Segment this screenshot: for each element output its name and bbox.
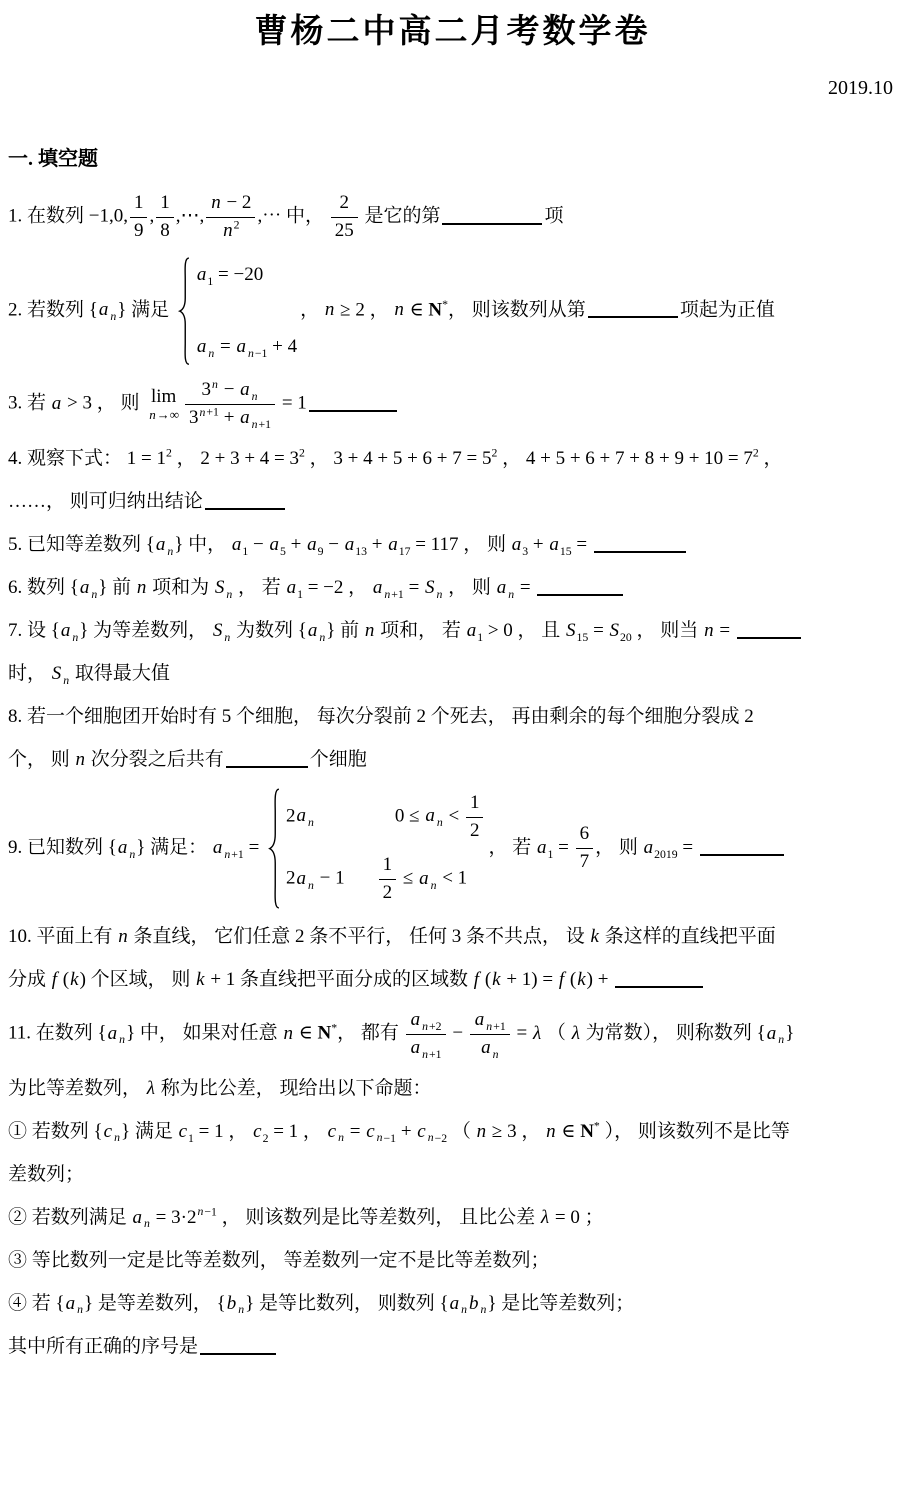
question-line: ① 若数列 {cn} 满足 c1 = 1 ， c2 = 1 ， cn = cn−… <box>8 1117 897 1147</box>
question-11-prop-2: ② 若数列满足 an = 3·2n−1 ， 则该数列是比等差数列， 且比公差 λ… <box>8 1203 897 1233</box>
answer-blank <box>226 750 308 768</box>
answer-blank <box>200 1337 276 1355</box>
limit: limn→∞ <box>148 387 179 422</box>
question-2: 2. 若数列 {an} 满足 a1 = −20an = an−1 + 4， n … <box>8 257 897 365</box>
left-brace-icon <box>267 788 280 909</box>
answer-blank <box>588 300 678 318</box>
question-line: 8. 若一个细胞团开始时有 5 个细胞， 每次分裂前 2 个死去， 再由剩余的每… <box>8 702 897 732</box>
section-heading: 一. 填空题 <box>8 142 897 171</box>
answer-blank <box>537 578 623 596</box>
question-10: 10. 平面上有 n 条直线， 它们任意 2 条不平行， 任何 3 条不共点， … <box>8 922 897 995</box>
question-line: ④ 若 {an} 是等差数列， {bn} 是等比数列， 则数列 {anbn} 是… <box>8 1289 897 1319</box>
fraction: an+2an+1 <box>406 1008 446 1061</box>
answer-blank <box>737 621 801 639</box>
question-line: 2. 若数列 {an} 满足 a1 = −20an = an−1 + 4， n … <box>8 257 897 365</box>
fraction: an+1an <box>470 1008 510 1061</box>
fraction: 12 <box>466 791 484 844</box>
answer-blank <box>442 207 542 225</box>
fraction: 67 <box>576 822 594 875</box>
question-line: ② 若数列满足 an = 3·2n−1 ， 则该数列是比等差数列， 且比公差 λ… <box>8 1203 897 1233</box>
question-9: 9. 已知数列 {an} 满足： an+1 = 2an0 ≤ an < 122a… <box>8 788 897 909</box>
exam-page: 曹杨二中高二月考数学卷 2019.10 一. 填空题 1. 在数列 −1,0,1… <box>0 0 907 1362</box>
question-11-conclusion: 其中所有正确的序号是 <box>8 1332 897 1362</box>
answer-blank <box>205 492 285 510</box>
question-line: 9. 已知数列 {an} 满足： an+1 = 2an0 ≤ an < 122a… <box>8 788 897 909</box>
question-11-prop-3: ③ 等比数列一定是比等差数列， 等差数列一定不是比等差数列； <box>8 1246 897 1276</box>
exam-date: 2019.10 <box>8 77 897 100</box>
question-line: 时， Sn 取得最大值 <box>8 659 897 689</box>
question-line: 6. 数列 {an} 前 n 项和为 Sn ， 若 a1 = −2 ， an+1… <box>8 573 897 603</box>
question-6: 6. 数列 {an} 前 n 项和为 Sn ， 若 a1 = −2 ， an+1… <box>8 573 897 603</box>
answer-blank <box>594 535 686 553</box>
question-8: 8. 若一个细胞团开始时有 5 个细胞， 每次分裂前 2 个死去， 再由剩余的每… <box>8 702 897 775</box>
answer-blank <box>615 970 703 988</box>
cases-block: 2an0 ≤ an < 122an − 112 ≤ an < 1 <box>267 788 485 909</box>
question-11-prop-1: ① 若数列 {cn} 满足 c1 = 1 ， c2 = 1 ， cn = cn−… <box>8 1117 897 1190</box>
left-brace-icon <box>177 257 190 365</box>
question-7: 7. 设 {an} 为等差数列， Sn 为数列 {an} 前 n 项和， 若 a… <box>8 616 897 689</box>
fraction: 18 <box>156 191 174 244</box>
cases-block: a1 = −20an = an−1 + 4 <box>177 257 297 365</box>
fraction: 19 <box>130 191 148 244</box>
question-11: 11. 在数列 {an} 中， 如果对任意 n ∈ N*， 都有 an+2an+… <box>8 1008 897 1104</box>
fraction: 225 <box>331 191 358 244</box>
question-line: 1. 在数列 −1,0,19,18,⋯,n − 2n2,⋯ 中， 225 是它的… <box>8 191 897 244</box>
question-line: ……， 则可归纳出结论 <box>8 487 897 517</box>
question-line: ③ 等比数列一定是比等差数列， 等差数列一定不是比等差数列； <box>8 1246 897 1276</box>
question-5: 5. 已知等差数列 {an} 中， a1 − a5 + a9 − a13 + a… <box>8 530 897 560</box>
fraction: n − 2n2 <box>206 191 255 244</box>
question-line: 为比等差数列， λ 称为比公差， 现给出以下命题： <box>8 1074 897 1104</box>
question-line: 其中所有正确的序号是 <box>8 1332 897 1362</box>
exam-title: 曹杨二中高二月考数学卷 <box>8 6 897 53</box>
question-line: 7. 设 {an} 为等差数列， Sn 为数列 {an} 前 n 项和， 若 a… <box>8 616 897 646</box>
question-line: 10. 平面上有 n 条直线， 它们任意 2 条不平行， 任何 3 条不共点， … <box>8 922 897 952</box>
questions: 1. 在数列 −1,0,19,18,⋯,n − 2n2,⋯ 中， 225 是它的… <box>8 191 897 1361</box>
question-line: 3. 若 a > 3 ， 则 limn→∞3n − an3n+1 + an+1 … <box>8 378 897 431</box>
question-line: 5. 已知等差数列 {an} 中， a1 − a5 + a9 − a13 + a… <box>8 530 897 560</box>
question-line: 分成 f (k) 个区域， 则 k + 1 条直线把平面分成的区域数 f (k … <box>8 965 897 995</box>
question-11-prop-4: ④ 若 {an} 是等差数列， {bn} 是等比数列， 则数列 {anbn} 是… <box>8 1289 897 1319</box>
question-1: 1. 在数列 −1,0,19,18,⋯,n − 2n2,⋯ 中， 225 是它的… <box>8 191 897 244</box>
question-3: 3. 若 a > 3 ， 则 limn→∞3n − an3n+1 + an+1 … <box>8 378 897 431</box>
question-line: 11. 在数列 {an} 中， 如果对任意 n ∈ N*， 都有 an+2an+… <box>8 1008 897 1061</box>
fraction: 12 <box>379 853 397 906</box>
question-4: 4. 观察下式： 1 = 12 ， 2 + 3 + 4 = 32 ， 3 + 4… <box>8 444 897 517</box>
question-line: 个， 则 n 次分裂之后共有个细胞 <box>8 745 897 775</box>
answer-blank <box>700 838 784 856</box>
question-line: 差数列； <box>8 1160 897 1190</box>
question-line: 4. 观察下式： 1 = 12 ， 2 + 3 + 4 = 32 ， 3 + 4… <box>8 444 897 474</box>
fraction: 3n − an3n+1 + an+1 <box>185 378 275 431</box>
answer-blank <box>309 394 397 412</box>
